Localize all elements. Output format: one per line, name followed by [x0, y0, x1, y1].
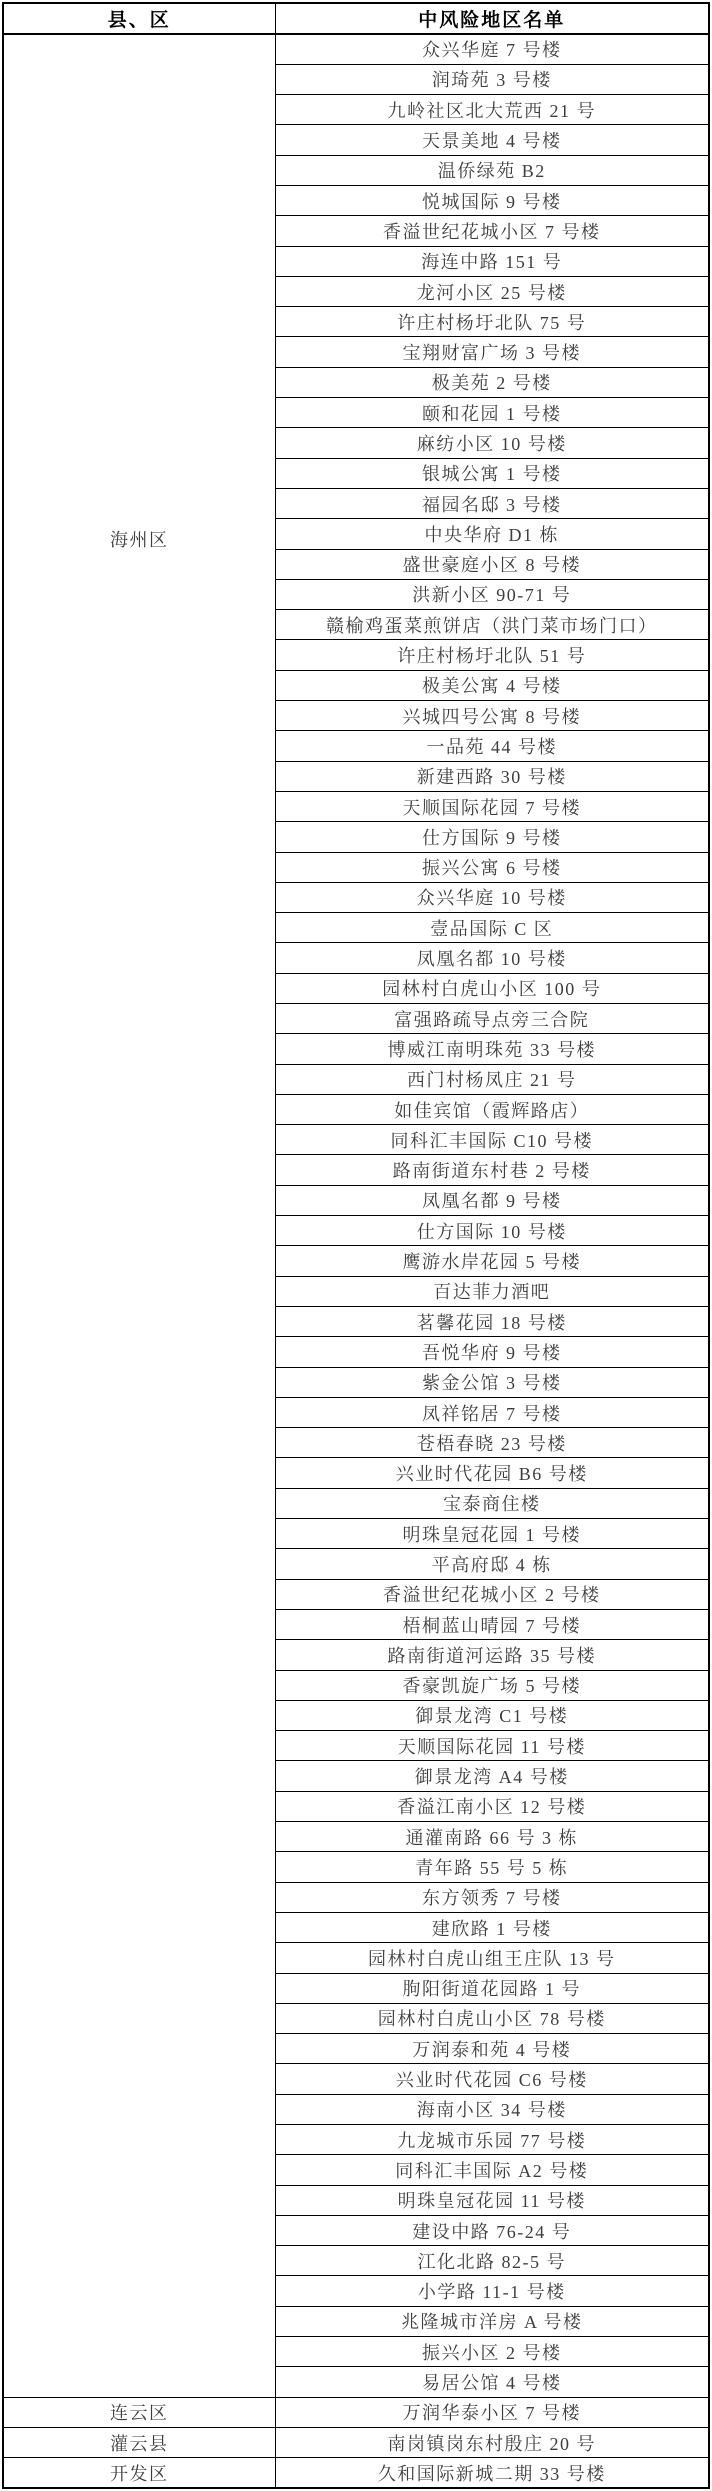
area-cell: 易居公馆 4 号楼 [275, 2367, 709, 2397]
area-cell: 香溢世纪花城小区 2 号楼 [275, 1579, 709, 1609]
area-cell: 御景龙湾 C1 号楼 [275, 1700, 709, 1730]
area-cell: 东方领秀 7 号楼 [275, 1882, 709, 1912]
area-cell: 鹰游水岸花园 5 号楼 [275, 1246, 709, 1276]
area-cell: 同科汇丰国际 C10 号楼 [275, 1125, 709, 1155]
area-cell: 建欣路 1 号楼 [275, 1912, 709, 1942]
area-cell: 许庄村杨圩北队 75 号 [275, 307, 709, 337]
district-cell: 连云区 [3, 2397, 275, 2427]
district-cell: 海州区 [3, 34, 275, 2397]
area-cell: 南岗镇岗东村殷庄 20 号 [275, 2427, 709, 2457]
area-cell: 兴业时代花园 C6 号楼 [275, 2064, 709, 2094]
district-label: 海州区 [4, 528, 275, 552]
table-row: 连云区万润华泰小区 7 号楼 [3, 2397, 709, 2427]
district-cell: 灌云县 [3, 2427, 275, 2457]
area-cell: 兴城四号公寓 8 号楼 [275, 701, 709, 731]
area-cell: 九龙城市乐园 77 号楼 [275, 2124, 709, 2154]
district-cell: 开发区 [3, 2458, 275, 2488]
area-cell: 许庄村杨圩北队 51 号 [275, 640, 709, 670]
table-header: 县、区 中风险地区名单 [3, 3, 709, 34]
area-cell: 天顺国际花园 7 号楼 [275, 791, 709, 821]
area-cell: 茗馨花园 18 号楼 [275, 1306, 709, 1336]
area-cell: 久和国际新城二期 33 号楼 [275, 2458, 709, 2488]
area-cell: 明珠皇冠花园 11 号楼 [275, 2185, 709, 2215]
table-row: 海州区众兴华庭 7 号楼 [3, 34, 709, 64]
area-cell: 香溢世纪花城小区 7 号楼 [275, 216, 709, 246]
area-cell: 西门村杨凤庄 21 号 [275, 1064, 709, 1094]
area-cell: 润琦苑 3 号楼 [275, 64, 709, 94]
area-cell: 九岭社区北大荒西 21 号 [275, 95, 709, 125]
area-cell: 园林村白虎山组王庄队 13 号 [275, 1943, 709, 1973]
table-row: 灌云县南岗镇岗东村殷庄 20 号 [3, 2427, 709, 2457]
header-district: 县、区 [3, 3, 275, 34]
area-cell: 天景美地 4 号楼 [275, 125, 709, 155]
area-cell: 海南小区 34 号楼 [275, 2094, 709, 2124]
header-row: 县、区 中风险地区名单 [3, 3, 709, 34]
area-cell: 通灌南路 66 号 3 栋 [275, 1822, 709, 1852]
area-cell: 园林村白虎山小区 100 号 [275, 973, 709, 1003]
area-cell: 百达菲力酒吧 [275, 1276, 709, 1306]
risk-area-table: 县、区 中风险地区名单 海州区众兴华庭 7 号楼润琦苑 3 号楼九岭社区北大荒西… [2, 2, 710, 2489]
header-risk-list: 中风险地区名单 [275, 3, 709, 34]
area-cell: 朐阳街道花园路 1 号 [275, 1973, 709, 2003]
area-cell: 吾悦华府 9 号楼 [275, 1337, 709, 1367]
area-cell: 园林村白虎山小区 78 号楼 [275, 2003, 709, 2033]
area-cell: 麻纺小区 10 号楼 [275, 428, 709, 458]
area-cell: 振兴小区 2 号楼 [275, 2337, 709, 2367]
area-cell: 盛世豪庭小区 8 号楼 [275, 549, 709, 579]
table-body: 海州区众兴华庭 7 号楼润琦苑 3 号楼九岭社区北大荒西 21 号天景美地 4 … [3, 34, 709, 2488]
area-cell: 福园名邸 3 号楼 [275, 488, 709, 518]
area-cell: 梧桐蓝山晴园 7 号楼 [275, 1609, 709, 1639]
area-cell: 富强路疏导点旁三合院 [275, 1004, 709, 1034]
area-cell: 江化北路 82-5 号 [275, 2246, 709, 2276]
area-cell: 赣榆鸡蛋菜煎饼店（洪门菜市场门口） [275, 610, 709, 640]
area-cell: 凤凰名都 10 号楼 [275, 943, 709, 973]
area-cell: 紫金公馆 3 号楼 [275, 1367, 709, 1397]
area-cell: 万润华泰小区 7 号楼 [275, 2397, 709, 2427]
table-row: 开发区久和国际新城二期 33 号楼 [3, 2458, 709, 2488]
area-cell: 建设中路 76-24 号 [275, 2215, 709, 2245]
area-cell: 一品苑 44 号楼 [275, 731, 709, 761]
area-cell: 极美公寓 4 号楼 [275, 670, 709, 700]
area-cell: 万润泰和苑 4 号楼 [275, 2034, 709, 2064]
area-cell: 新建西路 30 号楼 [275, 761, 709, 791]
area-cell: 兴业时代花园 B6 号楼 [275, 1458, 709, 1488]
area-cell: 极美苑 2 号楼 [275, 367, 709, 397]
area-cell: 凤凰名都 9 号楼 [275, 1185, 709, 1215]
area-cell: 壹品国际 C 区 [275, 913, 709, 943]
area-cell: 仕方国际 10 号楼 [275, 1216, 709, 1246]
area-cell: 中央华府 D1 栋 [275, 519, 709, 549]
area-cell: 路南街道东村巷 2 号楼 [275, 1155, 709, 1185]
area-cell: 香豪凯旋广场 5 号楼 [275, 1670, 709, 1700]
area-cell: 御景龙湾 A4 号楼 [275, 1761, 709, 1791]
area-cell: 苍梧春晓 23 号楼 [275, 1428, 709, 1458]
area-cell: 天顺国际花园 11 号楼 [275, 1731, 709, 1761]
area-cell: 龙河小区 25 号楼 [275, 276, 709, 306]
area-cell: 如佳宾馆（霞辉路店） [275, 1094, 709, 1124]
area-cell: 海连中路 151 号 [275, 246, 709, 276]
area-cell: 青年路 55 号 5 栋 [275, 1852, 709, 1882]
area-cell: 振兴公寓 6 号楼 [275, 852, 709, 882]
area-cell: 香溢江南小区 12 号楼 [275, 1791, 709, 1821]
area-cell: 宝泰商住楼 [275, 1488, 709, 1518]
district-label: 灌云县 [110, 2430, 169, 2456]
area-cell: 博威江南明珠苑 33 号楼 [275, 1034, 709, 1064]
area-cell: 小学路 11-1 号楼 [275, 2276, 709, 2306]
area-cell: 兆隆城市洋房 A 号楼 [275, 2306, 709, 2336]
area-cell: 明珠皇冠花园 1 号楼 [275, 1519, 709, 1549]
area-cell: 路南街道河运路 35 号楼 [275, 1640, 709, 1670]
area-cell: 银城公寓 1 号楼 [275, 458, 709, 488]
area-cell: 洪新小区 90-71 号 [275, 579, 709, 609]
area-cell: 凤祥铭居 7 号楼 [275, 1397, 709, 1427]
district-label: 连云区 [110, 2399, 169, 2425]
area-cell: 温侨绿苑 B2 [275, 155, 709, 185]
area-cell: 仕方国际 9 号楼 [275, 822, 709, 852]
area-cell: 众兴华庭 7 号楼 [275, 34, 709, 64]
district-label: 开发区 [110, 2460, 169, 2486]
area-cell: 宝翔财富广场 3 号楼 [275, 337, 709, 367]
area-cell: 同科汇丰国际 A2 号楼 [275, 2155, 709, 2185]
area-cell: 众兴华庭 10 号楼 [275, 882, 709, 912]
area-cell: 平高府邸 4 栋 [275, 1549, 709, 1579]
area-cell: 颐和花园 1 号楼 [275, 398, 709, 428]
area-cell: 悦城国际 9 号楼 [275, 185, 709, 215]
risk-area-notice-page: 县、区 中风险地区名单 海州区众兴华庭 7 号楼润琦苑 3 号楼九岭社区北大荒西… [0, 0, 712, 2489]
